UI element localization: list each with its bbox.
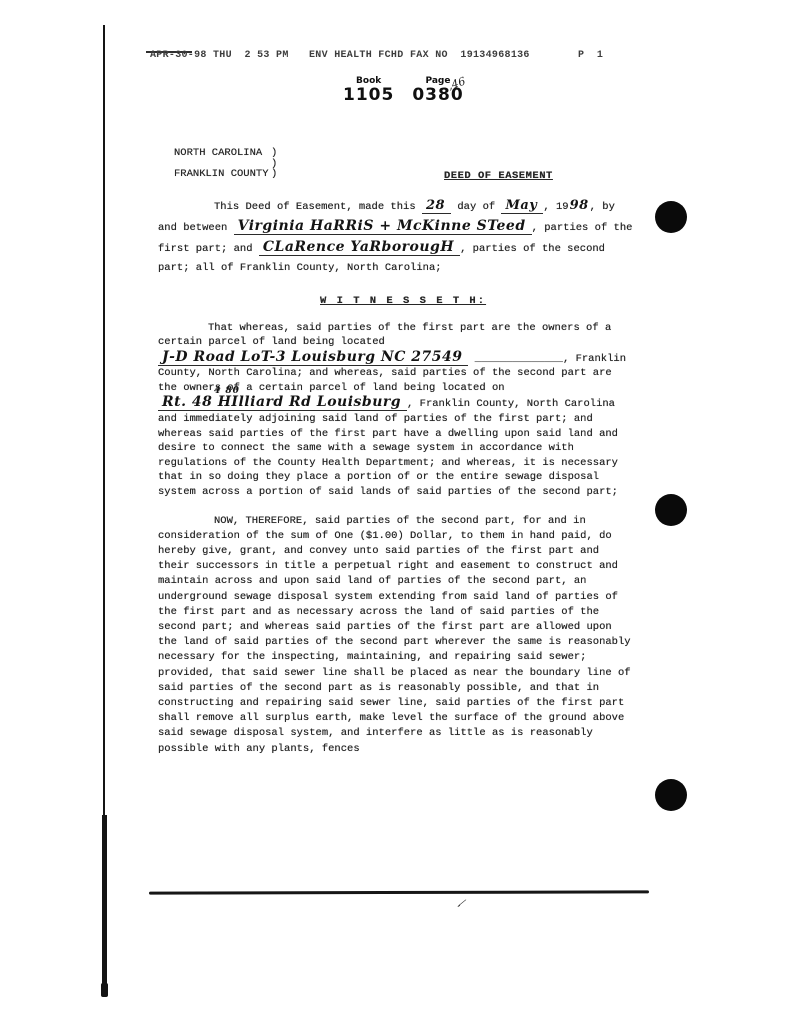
handwritten-year: 98 bbox=[569, 198, 590, 213]
county-name: FRANKLIN COUNTY bbox=[174, 169, 271, 180]
case-caption: NORTH CAROLINA ) ) FRANKLIN COUNTY ) DEE… bbox=[174, 148, 636, 180]
opening-paragraph: This Deed of Easement, made this 28 day … bbox=[158, 196, 636, 278]
caption-paren-1: ) bbox=[271, 148, 277, 159]
scan-ink-blob bbox=[101, 983, 108, 997]
book-column: Book 1105 bbox=[343, 76, 394, 104]
fax-sender: ENV HEALTH FCHD bbox=[309, 50, 404, 61]
witnesseth-heading-row: W I T N E S S E T H: bbox=[158, 294, 636, 308]
fax-datetime: APR-30-98 THU 2 53 PM bbox=[150, 50, 289, 61]
typed-text: This Deed of Easement, made this bbox=[214, 201, 416, 213]
punch-dot-top bbox=[655, 201, 687, 233]
scanned-deed-page: APR-30-98 THU 2 53 PM ENV HEALTH FCHD FA… bbox=[0, 0, 791, 1024]
typed-text: day of bbox=[457, 201, 495, 213]
typed-text: , Franklin County, North Carolina and im… bbox=[158, 398, 618, 498]
whereas-paragraph: That whereas, said parties of the first … bbox=[158, 321, 636, 500]
typed-text: That whereas, said parties of the first … bbox=[158, 322, 611, 349]
handwritten-second-party: CLaRence YaRborougH bbox=[259, 239, 460, 256]
handwritten-day: 28 bbox=[422, 198, 451, 214]
grant-paragraph: NOW, THEREFORE, said parties of the seco… bbox=[158, 514, 636, 757]
caption-paren-3: ) bbox=[271, 169, 277, 180]
document-title: DEED OF EASEMENT bbox=[444, 169, 553, 184]
book-number: 1105 bbox=[343, 86, 394, 104]
scan-fold-line-bottom bbox=[102, 815, 107, 995]
caption-row-state: NORTH CAROLINA ) bbox=[174, 148, 636, 159]
handwritten-location-second-part: Rt. 48 HIlliard Rd Louisburg4 80 bbox=[158, 394, 407, 411]
fax-number: FAX NO 19134968136 bbox=[410, 50, 530, 61]
handwritten-location-first-part: J-D Road LoT-3 Louisburg NC 27549 bbox=[158, 349, 468, 366]
witnesseth-heading: W I T N E S S E T H: bbox=[320, 295, 486, 307]
punch-dot-bottom bbox=[655, 779, 687, 811]
scan-streak-line bbox=[149, 890, 649, 894]
state-name: NORTH CAROLINA bbox=[174, 148, 271, 159]
scan-fold-line-top bbox=[103, 25, 105, 235]
caption-row-county: FRANKLIN COUNTY ) bbox=[174, 169, 636, 180]
fax-page-indicator: P 1 bbox=[578, 50, 603, 61]
handwritten-insert-mark: 4 80 bbox=[164, 384, 240, 399]
ink-mark: ‚⁄ bbox=[457, 898, 464, 910]
scan-fold-line-middle bbox=[103, 235, 106, 815]
typed-text: , 19 bbox=[543, 201, 568, 213]
deed-body: NORTH CAROLINA ) ) FRANKLIN COUNTY ) DEE… bbox=[158, 148, 636, 757]
punch-dot-middle bbox=[655, 494, 687, 526]
handwritten-first-parties: Virginia HaRRiS + McKinne STeed bbox=[234, 218, 532, 235]
handwritten-month: May bbox=[501, 198, 543, 214]
